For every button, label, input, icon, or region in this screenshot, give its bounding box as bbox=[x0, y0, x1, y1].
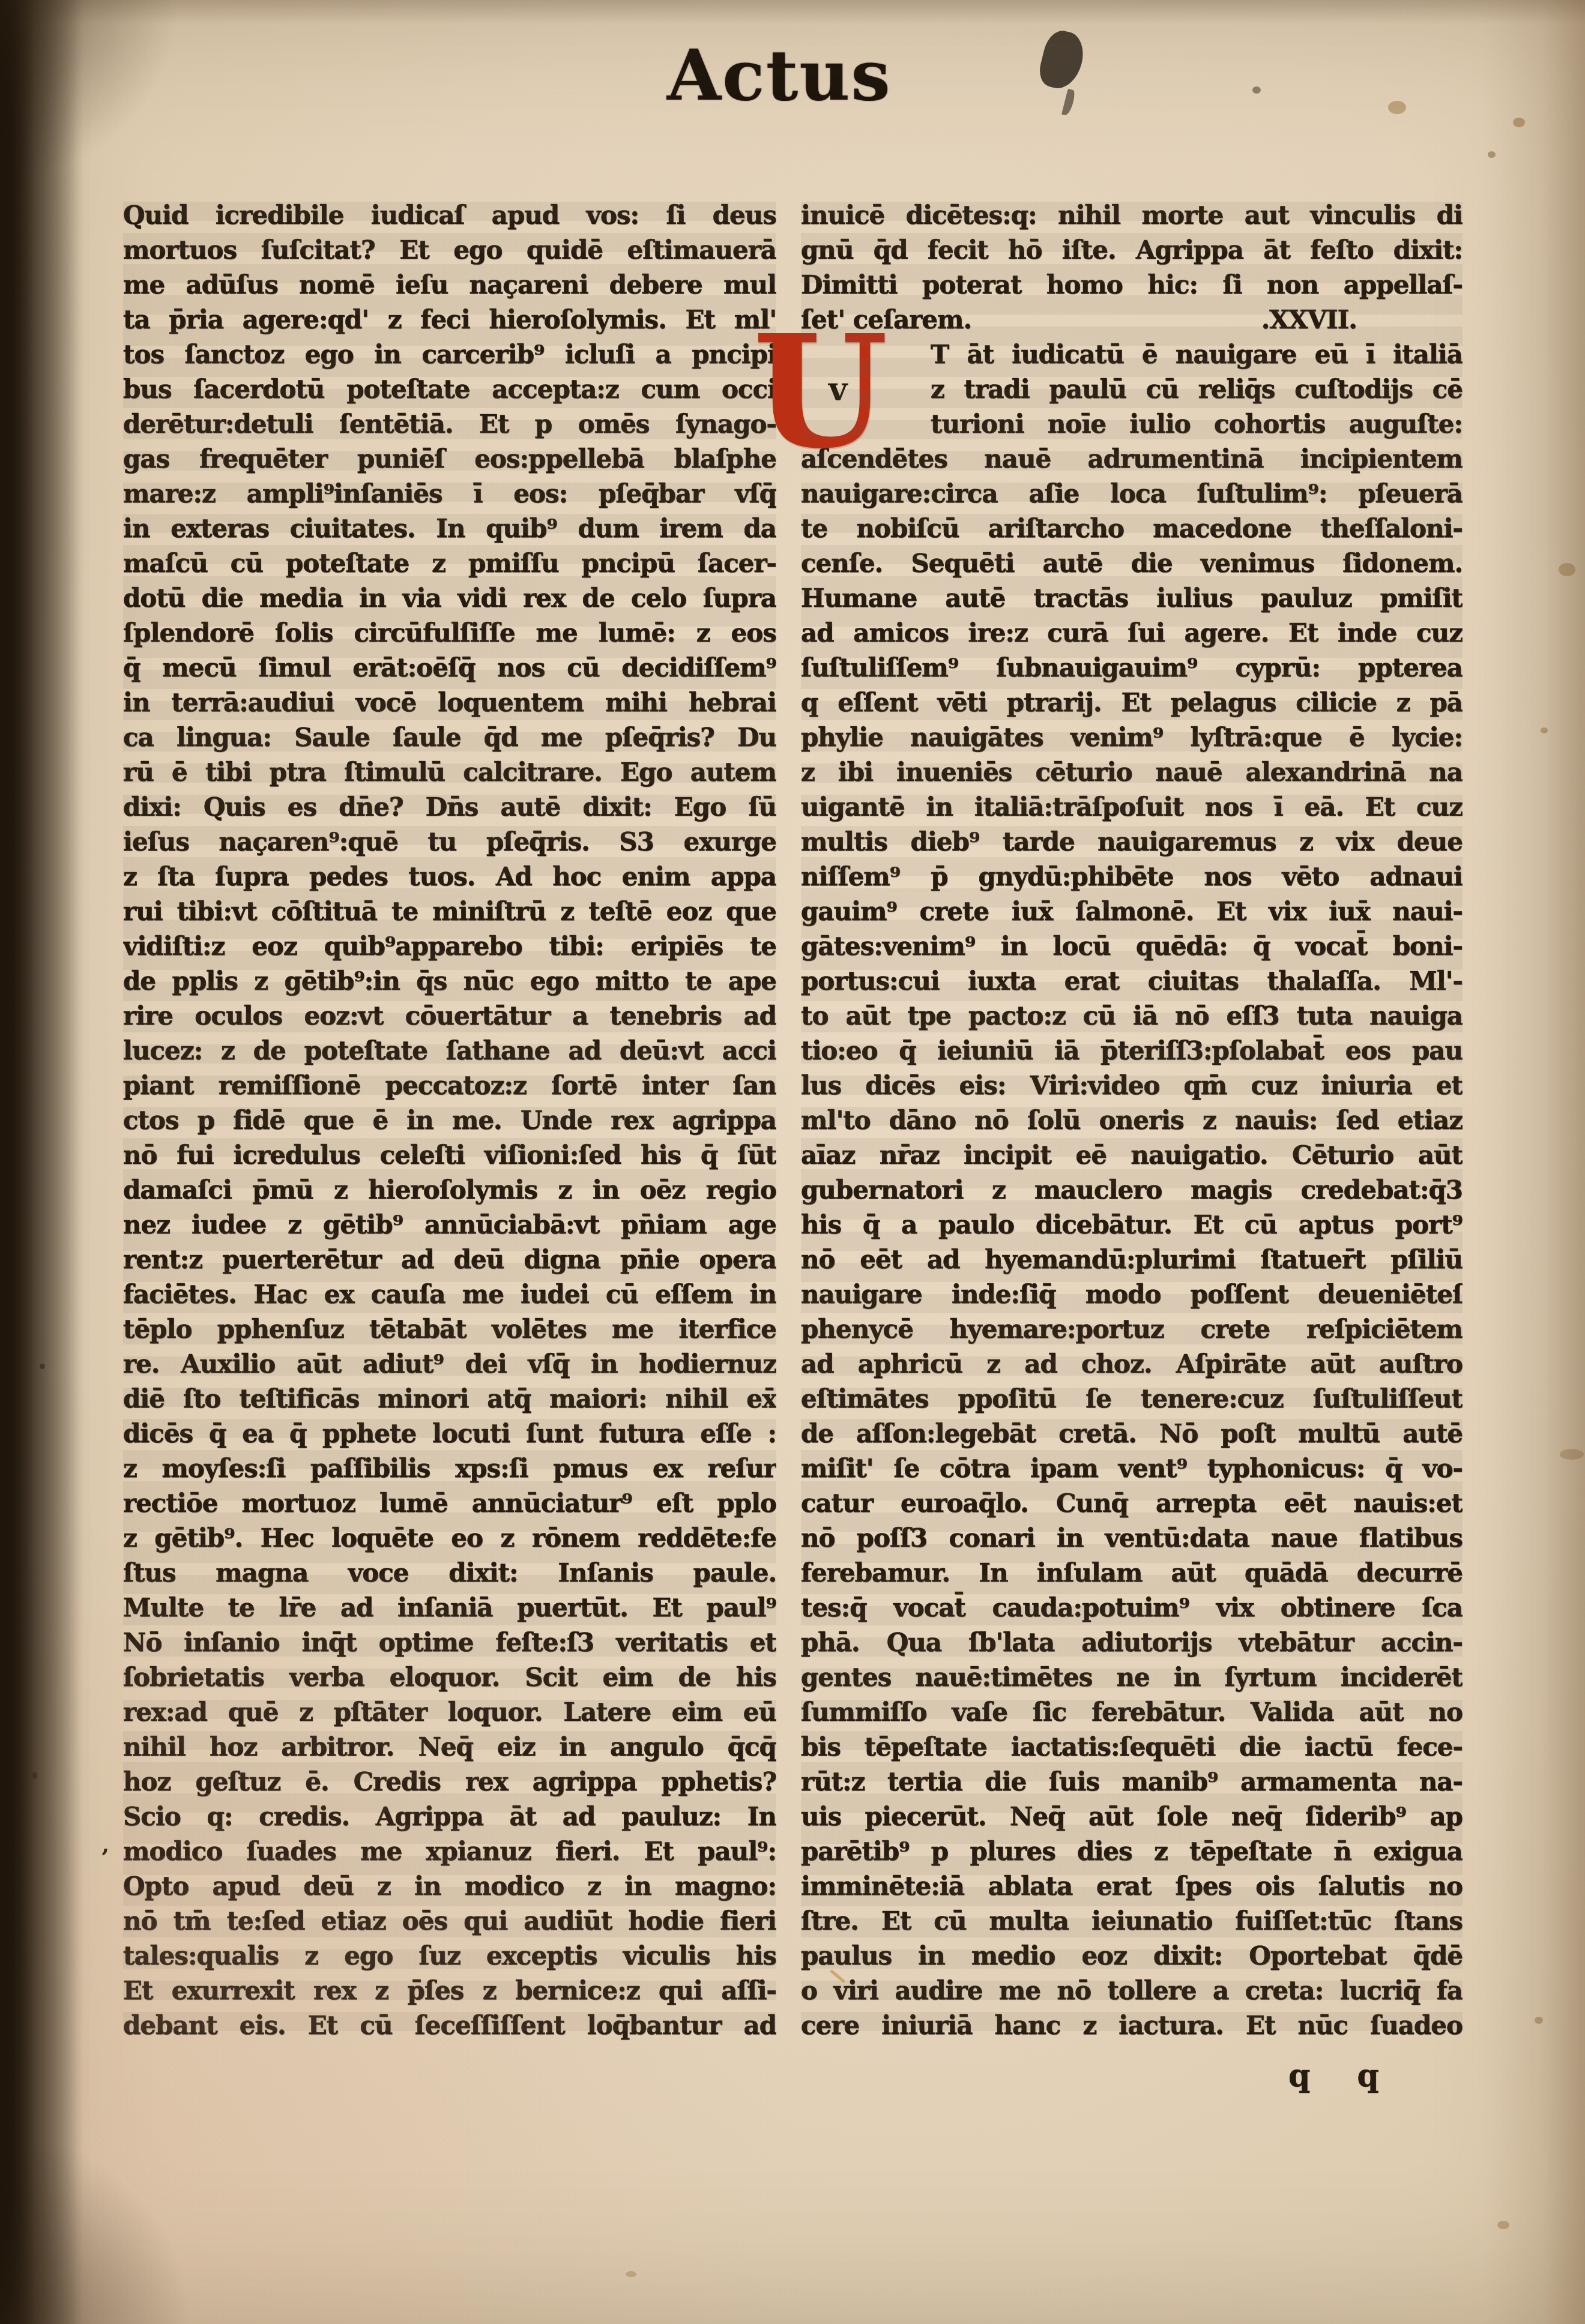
text-line: T āt iudicatū ē nauigare eū ī italiā bbox=[931, 337, 1463, 372]
text-line: multis dieb⁹ tarde nauigaremus z vix deu… bbox=[801, 825, 1463, 859]
text-line: nihil hoz arbitror. Neq̄ eiz in angulo q… bbox=[123, 1730, 776, 1765]
text-line: te nobiſcū ariſtarcho macedone theſſalon… bbox=[801, 511, 1463, 546]
text-line: nauigare:circa aſie loca ſuſtulim⁹: pſeu… bbox=[801, 477, 1463, 511]
text-line: z ibi inueniēs cēturio nauē alexandrinā … bbox=[801, 755, 1463, 790]
text-line: rūt:z tertia die ſuis manib⁹ armamenta n… bbox=[801, 1765, 1463, 1799]
text-line: ca lingua: Saule ſaule q̄d me pſeq̄ris? … bbox=[123, 720, 776, 755]
text-line: hoz geſtuz ē. Credis rex agrippa pphetis… bbox=[123, 1765, 776, 1799]
text-line: lus dicēs eis: Viri:video qm̄ cuz iniuri… bbox=[801, 1068, 1463, 1103]
text-line: gubernatori z mauclero magis credebat:q̄… bbox=[801, 1173, 1463, 1208]
text-line: cere iniuriā hanc z iactura. Et nūc ſuad… bbox=[801, 2008, 1463, 2043]
text-line: miſit' ſe cōtra ipam vent⁹ typhonicus: q… bbox=[801, 1451, 1463, 1486]
text-line: tales:qualis z ego ſuz exceptis viculis … bbox=[123, 1939, 776, 1973]
text-line: tos ſanctoz ego in carcerib⁹ icluſi a pn… bbox=[123, 337, 776, 372]
text-line: his q̄ a paulo dicebātur. Et cū aptus po… bbox=[801, 1208, 1463, 1242]
text-line: phā. Qua ſb'lata adiutorijs vtebātur acc… bbox=[801, 1625, 1463, 1660]
chapter-opening: U v T āt iudicatū ē nauigare eū ī italiā… bbox=[801, 337, 1463, 442]
text-line: z tradi paulū cū reliq̄s cuſtodijs cē bbox=[931, 372, 1463, 407]
text-line: o viri audire me nō tollere a creta: luc… bbox=[801, 1973, 1463, 2008]
text-line: Et exurrexit rex z p̄ſes z bernice:z qui… bbox=[123, 1973, 776, 2008]
text-line: cenſe. Sequēti autē die venimus ſidonem. bbox=[801, 546, 1463, 581]
text-line: derētur:detuli ſentētiā. Et p omēs ſynag… bbox=[123, 407, 776, 442]
chapter-heading-line: ſet' ceſarem. .XXVII. bbox=[801, 303, 1463, 337]
text-line: eſtimātes ppoſitū ſe tenere:cuz ſuſtuliſ… bbox=[801, 1382, 1463, 1416]
text-line: inuicē dicētes:q: nihil morte aut vincul… bbox=[801, 198, 1463, 233]
text-line: ad amicos ire:z curā ſui agere. Et inde … bbox=[801, 616, 1463, 651]
book-page: Actus Quid icredibile iudicaſ apud vos: … bbox=[0, 0, 1585, 2324]
text-line: ſplendorē ſolis circūfulſiſſe me lumē: z… bbox=[123, 616, 776, 651]
text-line: aīaz nr̄az incipit eē nauigatio. Cēturio… bbox=[801, 1138, 1463, 1173]
text-line: imminēte:iā ablata erat ſpes ois ſalutis… bbox=[801, 1869, 1463, 1904]
text-line: aſcendētes nauē adrumentinā incipientem bbox=[801, 442, 1463, 477]
foxing-stain bbox=[1497, 2221, 1509, 2229]
text-line: ieſus naçaren⁹:quē tu pſeq̄ris. S3 exurg… bbox=[123, 825, 776, 859]
text-line: rui tibi:vt cōſtituā te miniſtrū z teſtē… bbox=[123, 894, 776, 929]
text-line: ſuſtuliſſem⁹ ſubnauigauim⁹ cyprū: pptere… bbox=[801, 651, 1463, 685]
text-line: ml'to dāno nō ſolū oneris z nauis: ſed e… bbox=[801, 1103, 1463, 1138]
page-edge-shadow-right bbox=[1483, 0, 1585, 2324]
text-line: phylie nauigātes venim⁹ lyſtrā:que ē lyc… bbox=[801, 720, 1463, 755]
text-line: dotū die media in via vidi rex de celo ſ… bbox=[123, 581, 776, 616]
text-line: paulus in medio eoz dixit: Oportebat q̄d… bbox=[801, 1939, 1463, 1973]
text-line: Scio q: credis. Agrippa āt ad pauluz: In bbox=[123, 1799, 776, 1834]
text-line: de aſſon:legebāt cretā. Nō poſt multū au… bbox=[801, 1416, 1463, 1451]
left-column: Quid icredibile iudicaſ apud vos: ſi deu… bbox=[123, 198, 776, 2043]
text-line: q eſſent vēti ptrarij. Et pelagus cilici… bbox=[801, 685, 1463, 720]
text-line: de pplis z gētib⁹:in q̄s nūc ego mitto t… bbox=[123, 964, 776, 999]
text-line: tes:q̄ vocat̄ cauda:potuim⁹ vix obtinere… bbox=[801, 1591, 1463, 1625]
text-line: turioni noīe iulio cohortis auguſte: bbox=[931, 407, 1463, 442]
text-line: gnū q̄d fecit hō iſte. Agrippa āt feſto … bbox=[801, 233, 1463, 268]
text-line: parētib⁹ p plures dies z tēpeſtate n̄ ex… bbox=[801, 1834, 1463, 1869]
corner-shadow bbox=[0, 2132, 192, 2324]
text-line: mare:z ampli⁹inſaniēs ī eos: pſeq̄bar vſ… bbox=[123, 477, 776, 511]
text-line: z moyſes:ſi paſſibilis xps:ſi pmus ex re… bbox=[123, 1451, 776, 1486]
text-line: damaſci p̄mū z hieroſolymis z in oēz reg… bbox=[123, 1173, 776, 1208]
text-line: debant eis. Et cū ſeceſſiſſent loq̄bantu… bbox=[123, 2008, 776, 2043]
text-line: z ſta ſupra pedes tuos. Ad hoc enim appa bbox=[123, 859, 776, 894]
text-line: Nō inſanio inq̄t optime feſte:ſ3 veritat… bbox=[123, 1625, 776, 1660]
text-line: bis tēpeſtate iactatis:ſequēti die iactū… bbox=[801, 1730, 1463, 1765]
chapter-number: .XXVII. bbox=[1261, 303, 1357, 337]
text-line: gentes nauē:timētes ne in ſyrtum incider… bbox=[801, 1660, 1463, 1695]
text-line: piant remiſſionē peccatoz:z ſortē inter … bbox=[123, 1068, 776, 1103]
text-line: dixi: Quis es dn̄e? Dn̄s autē dixit: Ego… bbox=[123, 790, 776, 825]
text-line: Humane autē tractās iulius pauluz pmiſit bbox=[801, 581, 1463, 616]
text-line: ctos p fidē que ē in me. Unde rex agripp… bbox=[123, 1103, 776, 1138]
text-line: rent:z puerterētur ad deū digna pn̄ie op… bbox=[123, 1242, 776, 1277]
left-column-lines: Quid icredibile iudicaſ apud vos: ſi deu… bbox=[123, 198, 776, 2043]
text-line: rectiōe mortuoz lumē annūciatur⁹ eſt ppl… bbox=[123, 1486, 776, 1521]
text-line: modico ſuades me xpianuz fieri. Et paul⁹… bbox=[123, 1834, 776, 1869]
chapter-heading-text: ſet' ceſarem. bbox=[801, 303, 971, 337]
text-line: Opto apud deū z in modico z in magno: bbox=[123, 1869, 776, 1904]
margin-speck bbox=[40, 1364, 45, 1369]
text-line: me adūſus nomē ieſu naçareni debere mul bbox=[123, 268, 776, 303]
text-line: ad aphricū z ad choz. Aſpirāte aūt auſtr… bbox=[801, 1347, 1463, 1382]
foxing-stain bbox=[626, 2271, 636, 2277]
text-line: nō eēt ad hyemandū:plurimi ſtatuer̄t pſi… bbox=[801, 1242, 1463, 1277]
foxing-stain bbox=[1559, 563, 1575, 576]
text-line: ſobrietatis verba eloquor. Scit eim de h… bbox=[123, 1660, 776, 1695]
text-line: gātes:venim⁹ in locū quēdā: q̄ vocat̄ bo… bbox=[801, 929, 1463, 964]
foxing-stain bbox=[1560, 1449, 1584, 1460]
pre-chapter-lines: inuicē dicētes:q: nihil morte aut vincul… bbox=[801, 198, 1463, 303]
text-line: bus ſacerdotū poteſtate accepta:z cum oc… bbox=[123, 372, 776, 407]
running-title: Actus bbox=[0, 35, 1572, 116]
text-line: in terrā:audiui vocē loquentem mihi hebr… bbox=[123, 685, 776, 720]
text-line: catur euroaq̄lo. Cunq̄ arrepta eēt nauis… bbox=[801, 1486, 1463, 1521]
text-line: uigantē in italiā:trāſpoſuit nos ī eā. E… bbox=[801, 790, 1463, 825]
text-line: maſcū cū poteſtate z pmiſſu pncipū ſacer… bbox=[123, 546, 776, 581]
text-line: ſtre. Et cū multa ieiunatio fuiſſet:tūc … bbox=[801, 1904, 1463, 1939]
text-line: Multe te lr̄e ad inſaniā puertūt. Et pau… bbox=[123, 1591, 776, 1625]
right-column-lines: aſcendētes nauē adrumentinā incipientemn… bbox=[801, 442, 1463, 2043]
binding-gutter-shadow bbox=[0, 0, 90, 2324]
text-line: rire oculos eoz:vt cōuertātur a tenebris… bbox=[123, 999, 776, 1034]
text-line: re. Auxilio aūt adiut⁹ dei vſq̄ in hodie… bbox=[123, 1347, 776, 1382]
text-line: tio:eo q̄ ieiuniū iā p̄teriſſ3:pſolabat̄… bbox=[801, 1034, 1463, 1068]
text-line: ſummiſſo vaſe ſic ferebātur. Valida aūt … bbox=[801, 1695, 1463, 1730]
text-line: uis piecerūt. Neq̄ aūt ſole neq̄ ſiderib… bbox=[801, 1799, 1463, 1834]
text-line: niſſem⁹ p̄ gnydū:phibēte nos vēto adnaui bbox=[801, 859, 1463, 894]
text-line: dicēs q̄ ea q̄ pphete locuti ſunt futura… bbox=[123, 1416, 776, 1451]
page-edge-shadow-top bbox=[0, 0, 1585, 24]
text-line: lucez: z de poteſtate ſathane ad deū:vt … bbox=[123, 1034, 776, 1068]
text-line: Quid icredibile iudicaſ apud vos: ſi deu… bbox=[123, 198, 776, 233]
text-line: Dimitti poterat homo hic: ſi non appella… bbox=[801, 268, 1463, 303]
chapter-opening-lines: T āt iudicatū ē nauigare eū ī italiāz tr… bbox=[801, 337, 1463, 442]
text-line: tēplo pphenſuz tētabāt volētes me iterfi… bbox=[123, 1312, 776, 1347]
text-line: diē ſto teſtificās minori atq̄ maiori: n… bbox=[123, 1382, 776, 1416]
margin-mark: ’ bbox=[101, 1844, 109, 1872]
text-line: rex:ad quē z pſtāter loquor. Latere eim … bbox=[123, 1695, 776, 1730]
text-line: mortuos ſuſcitat? Et ego quidē eſtimauer… bbox=[123, 233, 776, 268]
text-line: gas frequēter puniēſ eos:ppellebā blaſph… bbox=[123, 442, 776, 477]
text-line: nō poſſ3 conari in ventū:data naue flati… bbox=[801, 1521, 1463, 1556]
text-line: nez iudee z gētib⁹ annūciabā:vt pn̄iam a… bbox=[123, 1208, 776, 1242]
text-line: portus:cui iuxta erat ciuitas thalaſſa. … bbox=[801, 964, 1463, 999]
right-column: inuicē dicētes:q: nihil morte aut vincul… bbox=[801, 198, 1463, 2043]
foxing-stain bbox=[1488, 151, 1496, 158]
foxing-stain bbox=[1535, 2017, 1543, 2024]
text-line: nō fui icredulus celeſti viſioni:ſed his… bbox=[123, 1138, 776, 1173]
text-line: in exteras ciuitates. In quib⁹ dum irem … bbox=[123, 511, 776, 546]
text-line: ſtus magna voce dixit: Inſanis paule. bbox=[123, 1556, 776, 1591]
text-line: to aūt tpe pacto:z cū iā nō eſſ3 tuta na… bbox=[801, 999, 1463, 1034]
text-line: phenycē hyemare:portuz crete reſpiciētem bbox=[801, 1312, 1463, 1347]
text-line: faciētes. Hac ex cauſa me iudei cū eſſem… bbox=[123, 1277, 776, 1312]
text-line: nō tm̄ te:ſed etiaz oēs qui audiūt hodie… bbox=[123, 1904, 776, 1939]
foxing-stain bbox=[1513, 118, 1525, 127]
foxing-stain bbox=[1541, 727, 1548, 733]
text-line: gauim⁹ crete iux̄ ſalmonē. Et vix iux̄ n… bbox=[801, 894, 1463, 929]
text-line: nauigare inde:ſiq̄ modo poſſent deueniēt… bbox=[801, 1277, 1463, 1312]
text-line: ferebamur. In inſulam aūt quādā decurrē bbox=[801, 1556, 1463, 1591]
signature-mark: q q bbox=[1288, 2058, 1397, 2094]
text-line: rū ē tibi ptra ſtimulū calcitrare. Ego a… bbox=[123, 755, 776, 790]
text-line: q̄ mecū ſimul erāt:oēſq̄ nos cū decidiſſ… bbox=[123, 651, 776, 685]
text-line: ta p̄ria agere:qd' z feci hieroſolymis. … bbox=[123, 303, 776, 337]
text-line: z gētib⁹. Hec loquēte eo z rōnem reddēte… bbox=[123, 1521, 776, 1556]
text-line: vidiſti:z eoz quib⁹apparebo tibi: eripiē… bbox=[123, 929, 776, 964]
margin-speck bbox=[32, 1772, 37, 1779]
